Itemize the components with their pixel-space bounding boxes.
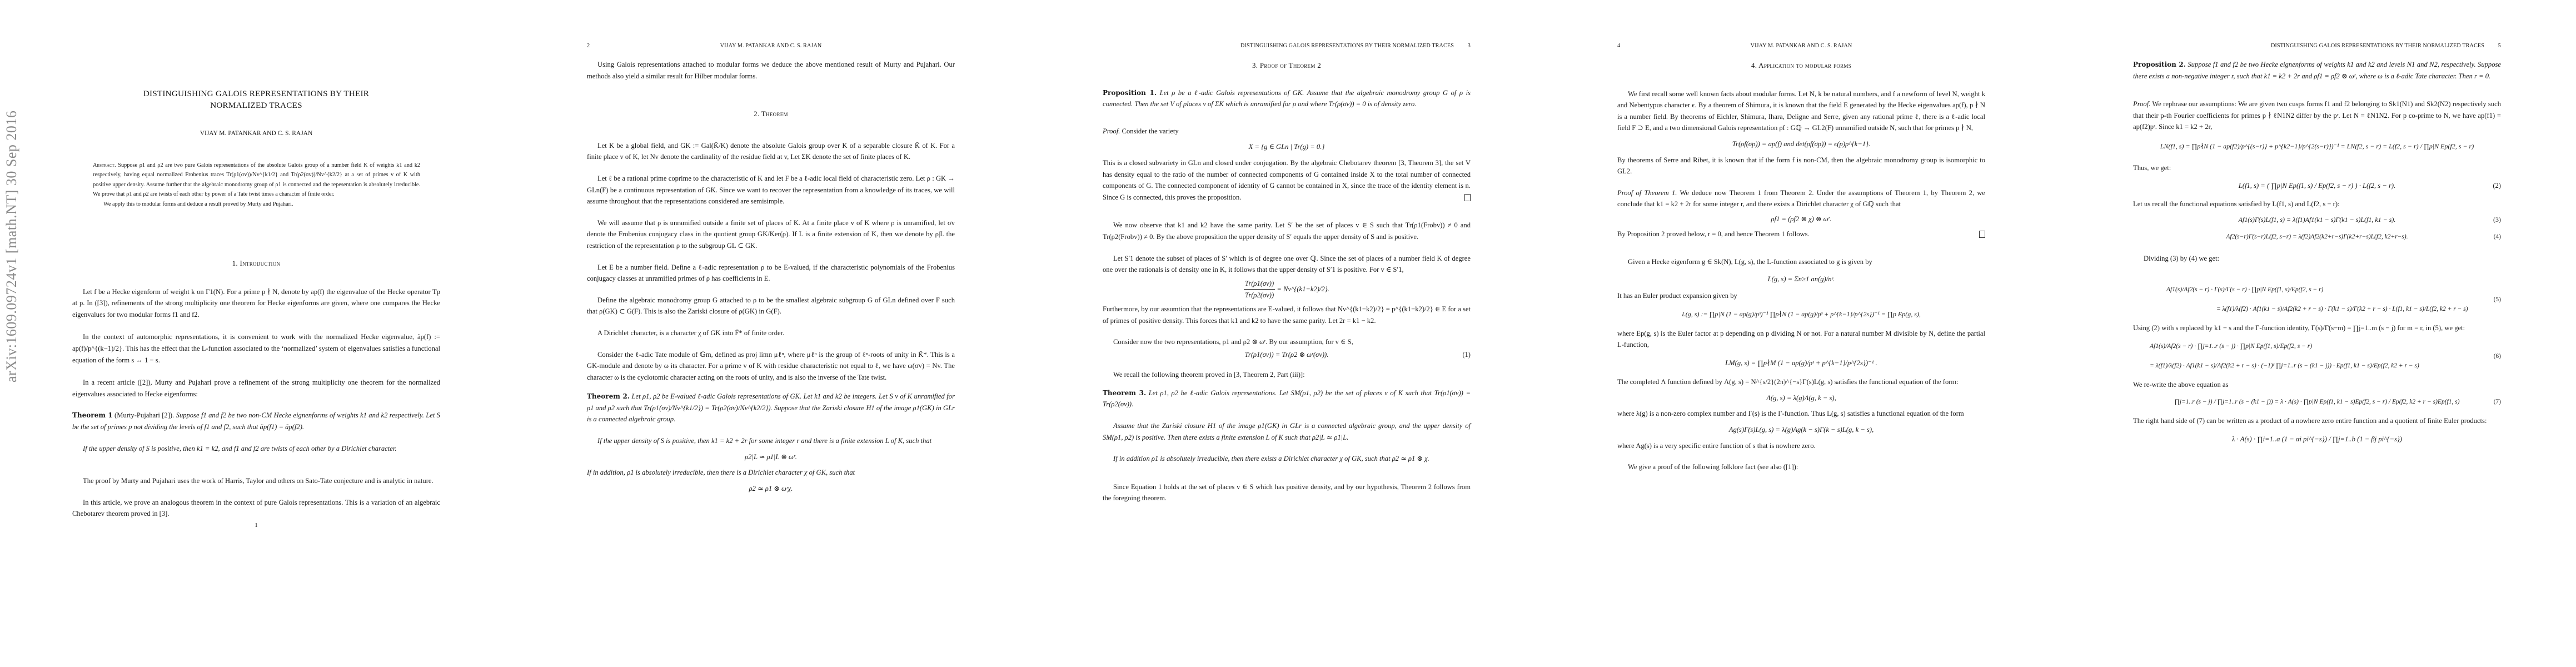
title-line-1: DISTINGUISHING GALOIS REPRESENTATIONS BY… bbox=[72, 88, 440, 99]
equation-4: Af2(s−r)Γ(s−r)L(f2, s−r) = λ(f2)Af2(k2+r… bbox=[2133, 231, 2501, 243]
running-head: DISTINGUISHING GALOIS REPRESENTATIONS BY… bbox=[1103, 41, 1471, 52]
section-heading-theorem: 2. Theorem bbox=[587, 108, 955, 120]
equation-1: Tr(ρ1(σv)) = Tr(ρ2 ⊗ ωʳ(σv)). (1) bbox=[1103, 349, 1471, 361]
proposition-1: Proposition 1. Let ρ be a ℓ-adic Galois … bbox=[1103, 87, 1471, 110]
equation-trace-det: Tr(ρf(σp)) = ap(f) and det(ρf(σp)) = ϵ(p… bbox=[1617, 138, 1985, 150]
running-head-page-number: 4 bbox=[1617, 41, 1620, 52]
equation-restriction: ρ2|L ≃ ρ1|L ⊗ ωʳ. bbox=[587, 451, 955, 463]
page3-paragraph-2: Let S′1 denote the subset of places of S… bbox=[1103, 253, 1471, 276]
equation-7-number: (7) bbox=[2494, 396, 2501, 408]
trace-ratio-fraction: Tr(ρ1(σv)) Tr(ρ2(σv)) bbox=[1244, 278, 1275, 301]
theorem-2-conclusion: If the upper density of S is positive, t… bbox=[587, 435, 955, 447]
proposition-2-body: Suppose f1 and f2 be two Hecke eignenfor… bbox=[2133, 61, 2501, 80]
equation-functional: Ag(s)Γ(s)L(g, s) = λ(g)Ag(k − s)Γ(k − s)… bbox=[1617, 424, 1985, 436]
page3-paragraph-5: We recall the following theorem proved i… bbox=[1103, 369, 1471, 381]
equation-6-number: (6) bbox=[2494, 351, 2501, 362]
page2-paragraph-4: Let E be a number field. Define a ℓ-adic… bbox=[587, 262, 955, 285]
title-line-2: NORMALIZED TRACES bbox=[72, 99, 440, 111]
page2-paragraph-5: Define the algebraic monodromy group G a… bbox=[587, 295, 955, 317]
intro-paragraph-5: In this article, we prove an analogous t… bbox=[72, 497, 440, 520]
page2-paragraph-1: Let K be a global field, and GK := Gal(K… bbox=[587, 140, 955, 163]
proposition-2: Proposition 2. Suppose f1 and f2 be two … bbox=[2133, 59, 2501, 82]
equation-rho-f1: ρf1 = (ρf2 ⊗ χ) ⊗ ωʳ. bbox=[1617, 213, 1985, 225]
page-1: DISTINGUISHING GALOIS REPRESENTATIONS BY… bbox=[0, 0, 515, 667]
theorem-1-label: Theorem 1 bbox=[72, 411, 113, 419]
page4-paragraph-9: We give a proof of the following folklor… bbox=[1617, 461, 1985, 473]
page3-paragraph-4: Consider now the two representations, ρ1… bbox=[1103, 336, 1471, 348]
intro-paragraph-3: In a recent article ([2]), Murty and Puj… bbox=[72, 377, 440, 400]
rewrite-text: We re-write the above equation as bbox=[2133, 379, 2501, 391]
running-head-title: DISTINGUISHING GALOIS REPRESENTATIONS BY… bbox=[2133, 41, 2501, 52]
proof-of-theorem-1-label: Proof of Theorem 1. bbox=[1617, 189, 1677, 197]
equation-completed-lambda: Λ(g, s) = λ(g)Λ(g, k − s), bbox=[1617, 392, 1985, 404]
page2-paragraph-6: A Dirichlet character, is a character χ … bbox=[587, 327, 955, 339]
equation-5-line-1: Af1(s)/Af2(s − r) · Γ(s)/Γ(s − r) · ∏p|N… bbox=[2166, 284, 2501, 296]
theorem-1-attribution: (Murty-Pujahari [2]). bbox=[114, 411, 174, 419]
using-gamma-identity: Using (2) with s replaced by k1 − s and … bbox=[2133, 322, 2501, 334]
equation-2-number: (2) bbox=[2493, 180, 2501, 192]
qed-symbol bbox=[1464, 194, 1471, 201]
equation-7-body: ∏j=1..r (s − j) / ∏j=1..r (s − (k1 − j))… bbox=[2174, 399, 2459, 405]
page4-paragraph-3: Given a Hecke eigenform g ∈ Sk(N), L(g, … bbox=[1617, 256, 1985, 268]
proof-of-theorem-1: Proof of Theorem 1. We deduce now Theore… bbox=[1617, 187, 1985, 210]
page-2: 2 VIJAY M. PATANKAR AND C. S. RAJAN Usin… bbox=[515, 0, 1030, 667]
proposition-1-body: Let ρ be a ℓ-adic Galois representations… bbox=[1103, 89, 1471, 108]
page4-paragraph-8: where Ag(s) is a very specific entire fu… bbox=[1617, 440, 1985, 452]
trace-ratio-rhs: = Nv^{(k1−k2)/2}. bbox=[1277, 285, 1329, 293]
equation-5-number: (5) bbox=[2494, 294, 2501, 306]
page-5: DISTINGUISHING GALOIS REPRESENTATIONS BY… bbox=[2061, 0, 2576, 667]
equation-twist: ρ2 ≃ ρ1 ⊗ ωʳχ. bbox=[587, 483, 955, 495]
proof-prop-2: Proof. We rephrase our assumptions: We a… bbox=[2133, 98, 2501, 133]
proof-body-text: This is a closed subvariety in GLn and c… bbox=[1103, 159, 1471, 201]
abstract-label: Abstract. bbox=[93, 162, 116, 168]
theorem-3-label: Theorem 3. bbox=[1103, 389, 1146, 397]
page-3: DISTINGUISHING GALOIS REPRESENTATIONS BY… bbox=[1030, 0, 1546, 667]
theorem-3-body-2: Assume that the Zariski closure H1 of th… bbox=[1103, 420, 1471, 443]
proof-end-text: By Proposition 2 proved below, r = 0, an… bbox=[1617, 230, 1810, 238]
theorem-3-body-3: If in addition ρ1 is absolutely irreduci… bbox=[1103, 453, 1471, 465]
proof-label: Proof. bbox=[2133, 100, 2150, 108]
qed-symbol bbox=[1979, 231, 1985, 238]
proposition-2-label: Proposition 2. bbox=[2133, 61, 2186, 68]
proof-intro-text: Consider the variety bbox=[1122, 127, 1179, 135]
theorem-3-body: Let ρ1, ρ2 be ℓ-adic Galois representati… bbox=[1103, 389, 1471, 409]
page3-paragraph-3: Furthermore, by our assumtion that the r… bbox=[1103, 303, 1471, 326]
page3-paragraph-1: We now observe that k1 and k2 have the s… bbox=[1103, 220, 1471, 242]
theorem-1-conclusion: If the upper density of S is positive, t… bbox=[72, 443, 440, 455]
theorem-2-addition: If in addition, ρ1 is absolutely irreduc… bbox=[587, 467, 955, 479]
equation-6-line-1: Af1(s)/Af2(s − r) · ∏j=1..r (s − j) · ∏p… bbox=[2150, 341, 2501, 352]
equation-6: Af1(s)/Af2(s − r) · ∏j=1..r (s − j) · ∏p… bbox=[2133, 341, 2501, 371]
thus-we-get: Thus, we get: bbox=[2133, 162, 2501, 174]
theorem-2-body: Let ρ1, ρ2 be E-valued ℓ-adic Galois rep… bbox=[587, 392, 955, 423]
section-heading-introduction: 1. Introduction bbox=[72, 258, 440, 270]
intro-paragraph-4: The proof by Murty and Pujahari uses the… bbox=[72, 475, 440, 487]
page2-paragraph-7: Consider the ℓ-adic Tate module of 𝔾m, d… bbox=[587, 349, 955, 384]
paper-title: DISTINGUISHING GALOIS REPRESENTATIONS BY… bbox=[72, 88, 440, 111]
equation-2: L(f1, s) = ( ∏p|N Ep(f1, s) / Ep(f2, s −… bbox=[2133, 180, 2501, 192]
equation-3-number: (3) bbox=[2493, 214, 2501, 226]
running-head-title: VIJAY M. PATANKAR AND C. S. RAJAN bbox=[1617, 41, 1985, 52]
equation-4-body: Af2(s−r)Γ(s−r)L(f2, s−r) = λ(f2)Af2(k2+r… bbox=[2226, 233, 2408, 240]
theorem-1: Theorem 1 (Murty-Pujahari [2]). Suppose … bbox=[72, 410, 440, 432]
theorem-3: Theorem 3. Let ρ1, ρ2 be ℓ-adic Galois r… bbox=[1103, 387, 1471, 410]
equation-4-number: (4) bbox=[2494, 231, 2501, 243]
page2-paragraph-0: Using Galois representations attached to… bbox=[587, 59, 955, 82]
rhs-text: The right hand side of (7) can be writte… bbox=[2133, 415, 2501, 427]
abstract-text-2: We apply this to modular forms and deduc… bbox=[93, 200, 420, 210]
page4-paragraph-2: By theorems of Serre and Ribet, it is kn… bbox=[1617, 155, 1985, 177]
section-heading-application: 4. Application to modular forms bbox=[1617, 60, 1985, 72]
equation-6-line-2: = λ(f1)/λ(f2) · Af1(k1 − s)/Af2(k2 + r −… bbox=[2150, 360, 2501, 372]
equation-euler-quotient: λ · A(s) · ∏i=1..a (1 − αi pi^{−s}) / ∏j… bbox=[2133, 434, 2501, 445]
running-head-title: DISTINGUISHING GALOIS REPRESENTATIONS BY… bbox=[1103, 41, 1471, 52]
equation-5: Af1(s)/Af2(s − r) · Γ(s)/Γ(s − r) · ∏p|N… bbox=[2133, 284, 2501, 315]
running-head: 2 VIJAY M. PATANKAR AND C. S. RAJAN bbox=[587, 41, 955, 52]
intro-paragraph-1: Let f be a Hecke eigenform of weight k o… bbox=[72, 286, 440, 321]
equation-3: Af1(s)Γ(s)L(f1, s) = λ(f1)Af1(k1 − s)Γ(k… bbox=[2133, 214, 2501, 226]
page3-paragraph-6: Since Equation 1 holds at the set of pla… bbox=[1103, 481, 1471, 504]
equation-euler-product: L(g, s) := ∏p|N (1 − ap(g)/pˢ)⁻¹ ∏p∤N (1… bbox=[1617, 308, 1985, 320]
page4-paragraph-5: where Ep(g, s) is the Euler factor at p … bbox=[1617, 328, 1985, 351]
proof-label: Proof. bbox=[1103, 127, 1120, 135]
running-head-page-number: 2 bbox=[587, 41, 590, 52]
theorem-2: Theorem 2. Let ρ1, ρ2 be E-valued ℓ-adic… bbox=[587, 391, 955, 425]
equation-l-series: L(g, s) = Σn≥1 an(g)/nˢ. bbox=[1617, 273, 1985, 285]
page2-paragraph-2: Let ℓ be a rational prime coprime to the… bbox=[587, 173, 955, 207]
equation-3-body: Af1(s)Γ(s)L(f1, s) = λ(f1)Af1(k1 − s)Γ(k… bbox=[2239, 216, 2396, 223]
equation-trace-ratio: Tr(ρ1(σv)) Tr(ρ2(σv)) = Nv^{(k1−k2)/2}. bbox=[1103, 278, 1471, 301]
trace-ratio-denominator: Tr(ρ2(σv)) bbox=[1244, 289, 1275, 301]
page4-paragraph-4: It has an Euler product expansion given … bbox=[1617, 290, 1985, 302]
equation-5-line-2: = λ(f1)/λ(f2) · Af1(k1 − s)/Af2(k2 + r −… bbox=[2166, 303, 2501, 315]
dividing-text: Dividing (3) by (4) we get: bbox=[2133, 253, 2501, 265]
trace-ratio-numerator: Tr(ρ1(σv)) bbox=[1244, 278, 1275, 290]
theorem-2-label: Theorem 2. bbox=[587, 392, 630, 400]
proof-of-theorem-1-end: By Proposition 2 proved below, r = 0, an… bbox=[1617, 228, 1985, 240]
page2-paragraph-3: We will assume that ρ is unramified outs… bbox=[587, 217, 955, 252]
recall-functional-equations: Let us recall the functional equations s… bbox=[2133, 198, 2501, 210]
running-head: 4 VIJAY M. PATANKAR AND C. S. RAJAN bbox=[1617, 41, 1985, 52]
page-strip: DISTINGUISHING GALOIS REPRESENTATIONS BY… bbox=[0, 0, 2576, 667]
equation-partial-l: LM(g, s) = ∏p∤M (1 − ap(g)/pˢ + p^{k−1}/… bbox=[1617, 357, 1985, 369]
running-head: DISTINGUISHING GALOIS REPRESENTATIONS BY… bbox=[2133, 41, 2501, 52]
abstract: Abstract. Suppose ρ1 and ρ2 are two pure… bbox=[93, 161, 420, 210]
page4-paragraph-6: The completed Λ function defined by Λ(g,… bbox=[1617, 376, 1985, 388]
equation-ln: LN(f1, s) = ∏p∤N (1 − ap(f2)/p^{(s−r)} +… bbox=[2133, 141, 2501, 152]
section-heading-proof: 3. Proof of Theorem 2 bbox=[1103, 60, 1471, 72]
page-4: 4 VIJAY M. PATANKAR AND C. S. RAJAN 4. A… bbox=[1546, 0, 2061, 667]
equation-1-number: (1) bbox=[1462, 349, 1471, 361]
proof-intro: Proof. Consider the variety bbox=[1103, 126, 1471, 137]
page4-paragraph-7: where λ(g) is a non-zero complex number … bbox=[1617, 408, 1985, 420]
authors: VIJAY M. PATANKAR AND C. S. RAJAN bbox=[72, 128, 440, 140]
intro-paragraph-2: In the context of automorphic representa… bbox=[72, 331, 440, 366]
equation-7: ∏j=1..r (s − j) / ∏j=1..r (s − (k1 − j))… bbox=[2133, 396, 2501, 408]
page4-paragraph-1: We first recall some well known facts ab… bbox=[1617, 88, 1985, 134]
running-head-page-number: 5 bbox=[2498, 41, 2501, 52]
equation-1-body: Tr(ρ1(σv)) = Tr(ρ2 ⊗ ωʳ(σv)). bbox=[1245, 351, 1329, 359]
proof-body: We rephrase our assumptions: We are give… bbox=[2133, 100, 2501, 131]
abstract-text: Suppose ρ1 and ρ2 are two pure Galois re… bbox=[93, 162, 420, 198]
running-head-page-number: 3 bbox=[1468, 41, 1471, 52]
page-number-1: 1 bbox=[72, 520, 440, 531]
running-head-title: VIJAY M. PATANKAR AND C. S. RAJAN bbox=[587, 41, 955, 52]
equation-variety-x: X = {g ∈ GLn | Tr(g) = 0.} bbox=[1103, 141, 1471, 153]
proposition-1-label: Proposition 1. bbox=[1103, 89, 1157, 97]
equation-2-body: L(f1, s) = ( ∏p|N Ep(f1, s) / Ep(f2, s −… bbox=[2239, 182, 2395, 190]
proof-body: This is a closed subvariety in GLn and c… bbox=[1103, 157, 1471, 203]
